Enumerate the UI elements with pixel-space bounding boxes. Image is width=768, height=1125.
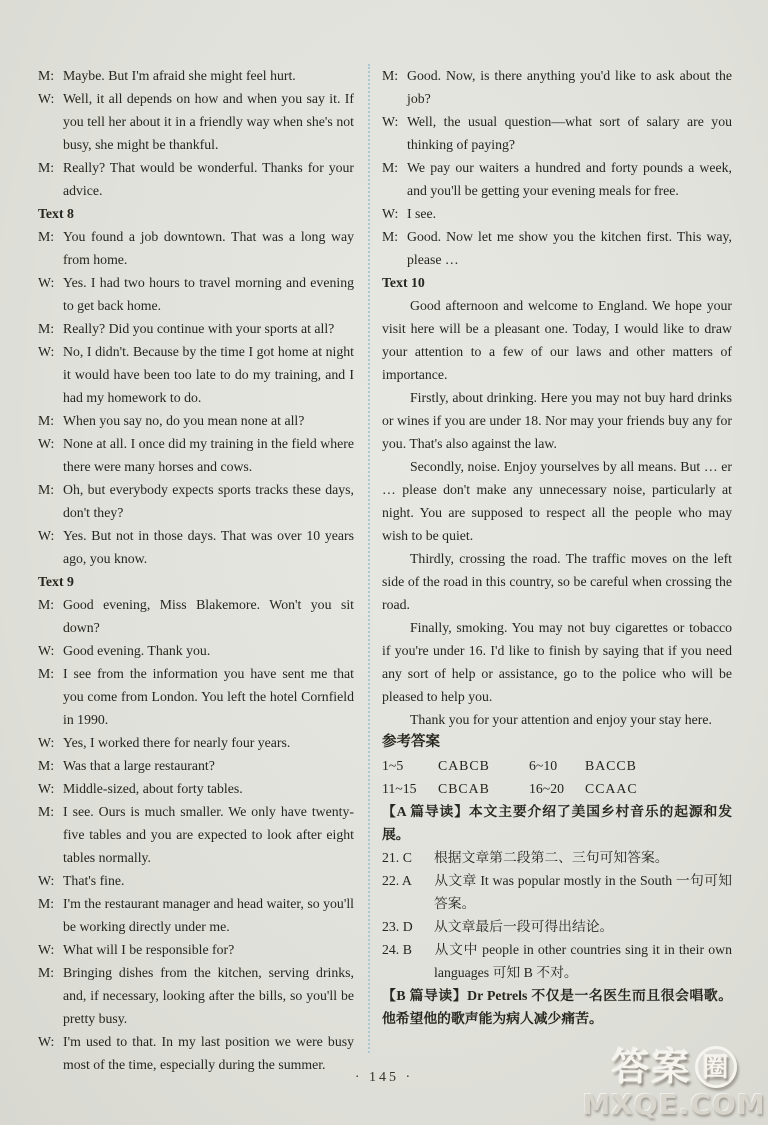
speaker-label: M: (38, 662, 63, 685)
speaker-label: M: (38, 225, 63, 248)
dialogue-line: W:Well, the usual question—what sort of … (382, 110, 732, 156)
answer-row: 11~15CBCAB16~20CCAAC (382, 777, 732, 800)
dialogue-text: Good. Now, is there anything you'd like … (407, 68, 732, 106)
answer-explanation: 从文章最后一段可得出结论。 (434, 919, 613, 934)
speaker-label: W: (38, 340, 63, 363)
speaker-label: M: (38, 317, 63, 340)
dialogue-text: Really? Did you continue with your sport… (63, 321, 334, 336)
dialogue-line: W:Middle-sized, about forty tables. (38, 777, 354, 800)
dialogue-text: Good evening, Miss Blakemore. Won't you … (63, 597, 354, 635)
dialogue-text: I'm the restaurant manager and head wait… (63, 896, 354, 934)
speaker-label: W: (38, 777, 63, 800)
right-column: M:Good. Now, is there anything you'd lik… (382, 64, 732, 1053)
dialogue-line: W:Yes. But not in those days. That was o… (38, 524, 354, 570)
answer-number: 24. B (382, 938, 434, 961)
speaker-label: M: (38, 892, 63, 915)
speaker-label: W: (38, 938, 63, 961)
dialogue-text: Good evening. Thank you. (63, 643, 210, 658)
passage-guide-note: 【A 篇导读】本文主要介绍了美国乡村音乐的起源和发展。 (382, 800, 732, 846)
passage-guide-note: 【B 篇导读】Dr Petrels 不仅是一名医生而且很会唱歌。他希望他的歌声能… (382, 984, 732, 1030)
answer-row: 1~5CABCB6~10BACCB (382, 754, 732, 777)
speaker-label: W: (38, 639, 63, 662)
speaker-label: M: (38, 754, 63, 777)
answer-item: 22. A从文章 It was popular mostly in the So… (382, 869, 732, 915)
dialogue-text: Well, the usual question—what sort of sa… (407, 114, 732, 152)
dialogue-line: W:That's fine. (38, 869, 354, 892)
dialogue-line: M:I see. Ours is much smaller. We only h… (38, 800, 354, 869)
dialogue-text: That's fine. (63, 873, 125, 888)
dialogue-line: M:Oh, but everybody expects sports track… (38, 478, 354, 524)
dialogue-text: When you say no, do you mean none at all… (63, 413, 304, 428)
watermark-circled-char: 圈 (695, 1046, 737, 1088)
dialogue-text: Middle-sized, about forty tables. (63, 781, 243, 796)
answer-number: 21. C (382, 846, 434, 869)
dialogue-text: Maybe. But I'm afraid she might feel hur… (63, 68, 296, 83)
answer-circle-logo: 答案圈 (582, 1046, 766, 1088)
dialogue-line: W:No, I didn't. Because by the time I go… (38, 340, 354, 409)
dialogue-line: M:Maybe. But I'm afraid she might feel h… (38, 64, 354, 87)
dialogue-line: M:Really? That would be wonderful. Thank… (38, 156, 354, 202)
dialogue-line: W:None at all. I once did my training in… (38, 432, 354, 478)
answer-range: 1~5 (382, 754, 438, 777)
transcript-paragraph: Good afternoon and welcome to England. W… (382, 294, 732, 386)
dialogue-line: W:I see. (382, 202, 732, 225)
answer-group: 6~10BACCB (529, 754, 637, 777)
dialogue-text: Really? That would be wonderful. Thanks … (63, 160, 354, 198)
dialogue-text: Yes. But not in those days. That was ove… (63, 528, 354, 566)
answer-letters: CABCB (438, 754, 490, 777)
dialogue-text: I see. (407, 206, 436, 221)
watermark-site-url: MXQE.COM (582, 1091, 766, 1119)
dialogue-text: We pay our waiters a hundred and forty p… (407, 160, 732, 198)
dialogue-line: M:I see from the information you have se… (38, 662, 354, 731)
dialogue-line: W:Yes. I had two hours to travel morning… (38, 271, 354, 317)
answer-item: 23. D从文章最后一段可得出结论。 (382, 915, 732, 938)
answer-explanation: 从文中 people in other countries sing it in… (434, 942, 732, 980)
dialogue-text: You found a job downtown. That was a lon… (63, 229, 354, 267)
watermark-logo-text: 答案 (611, 1048, 691, 1086)
transcript-paragraph: Thank you for your attention and enjoy y… (382, 708, 732, 731)
dialogue-line: W:What will I be responsible for? (38, 938, 354, 961)
speaker-label: W: (38, 869, 63, 892)
watermark: 答案圈 MXQE.COM (582, 1046, 766, 1119)
answer-range: 6~10 (529, 754, 585, 777)
answer-range: 11~15 (382, 777, 438, 800)
speaker-label: W: (38, 432, 63, 455)
speaker-label: M: (38, 64, 63, 87)
answer-group: 1~5CABCB (382, 754, 529, 777)
dialogue-line: M:I'm the restaurant manager and head wa… (38, 892, 354, 938)
dialogue-text: Oh, but everybody expects sports tracks … (63, 482, 354, 520)
dialogue-text: Good. Now let me show you the kitchen fi… (407, 229, 732, 267)
dialogue-line: M:You found a job downtown. That was a l… (38, 225, 354, 271)
dialogue-text: Bringing dishes from the kitchen, servin… (63, 965, 354, 1026)
dialogue-line: M:Bringing dishes from the kitchen, serv… (38, 961, 354, 1030)
scanned-textbook-page: M:Maybe. But I'm afraid she might feel h… (0, 0, 768, 1125)
two-column-layout: M:Maybe. But I'm afraid she might feel h… (38, 64, 732, 1053)
section-heading: Text 10 (382, 271, 732, 294)
section-heading: Text 9 (38, 570, 354, 593)
speaker-label: W: (38, 1030, 63, 1053)
dialogue-line: M:When you say no, do you mean none at a… (38, 409, 354, 432)
speaker-label: W: (38, 271, 63, 294)
transcript-paragraph: Finally, smoking. You may not buy cigare… (382, 616, 732, 708)
dialogue-text: I see from the information you have sent… (63, 666, 354, 727)
dialogue-line: M:Really? Did you continue with your spo… (38, 317, 354, 340)
speaker-label: W: (382, 110, 407, 133)
answer-letters: CBCAB (438, 777, 490, 800)
dialogue-line: M:Good evening, Miss Blakemore. Won't yo… (38, 593, 354, 639)
dialogue-text: Was that a large restaurant? (63, 758, 215, 773)
speaker-label: M: (382, 225, 407, 248)
speaker-label: M: (382, 64, 407, 87)
dialogue-text: Yes. I had two hours to travel morning a… (63, 275, 354, 313)
answer-group: 16~20CCAAC (529, 777, 638, 800)
answer-number: 22. A (382, 869, 434, 892)
speaker-label: M: (38, 478, 63, 501)
speaker-label: M: (38, 156, 63, 179)
dialogue-line: W:Good evening. Thank you. (38, 639, 354, 662)
speaker-label: M: (38, 961, 63, 984)
speaker-label: M: (38, 800, 63, 823)
dialogue-line: M:Was that a large restaurant? (38, 754, 354, 777)
answer-item: 24. B从文中 people in other countries sing … (382, 938, 732, 984)
dialogue-text: None at all. I once did my training in t… (63, 436, 354, 474)
speaker-label: W: (382, 202, 407, 225)
speaker-label: W: (38, 87, 63, 110)
speaker-label: M: (382, 156, 407, 179)
speaker-label: M: (38, 409, 63, 432)
answer-number: 23. D (382, 915, 434, 938)
dialogue-text: Yes, I worked there for nearly four year… (63, 735, 290, 750)
dialogue-line: W:Yes, I worked there for nearly four ye… (38, 731, 354, 754)
column-divider (368, 64, 370, 1053)
speaker-label: W: (38, 524, 63, 547)
answer-range: 16~20 (529, 777, 585, 800)
answer-group: 11~15CBCAB (382, 777, 529, 800)
section-heading: Text 8 (38, 202, 354, 225)
speaker-label: W: (38, 731, 63, 754)
dialogue-line: M:Good. Now, is there anything you'd lik… (382, 64, 732, 110)
dialogue-line: M:Good. Now let me show you the kitchen … (382, 225, 732, 271)
dialogue-text: I see. Ours is much smaller. We only hav… (63, 804, 354, 865)
answer-letters: BACCB (585, 754, 637, 777)
dialogue-text: No, I didn't. Because by the time I got … (63, 344, 354, 405)
transcript-paragraph: Thirdly, crossing the road. The traffic … (382, 547, 732, 616)
answer-item: 21. C根据文章第二段第二、三句可知答案。 (382, 846, 732, 869)
left-column: M:Maybe. But I'm afraid she might feel h… (38, 64, 354, 1053)
answer-letters: CCAAC (585, 777, 638, 800)
answer-explanation: 从文章 It was popular mostly in the South 一… (434, 873, 732, 911)
dialogue-text: Well, it all depends on how and when you… (63, 91, 354, 152)
speaker-label: M: (38, 593, 63, 616)
answer-explanation: 根据文章第二段第二、三句可知答案。 (434, 850, 669, 865)
dialogue-line: W:Well, it all depends on how and when y… (38, 87, 354, 156)
transcript-paragraph: Firstly, about drinking. Here you may no… (382, 386, 732, 455)
answers-heading: 参考答案 (382, 731, 732, 754)
transcript-paragraph: Secondly, noise. Enjoy yourselves by all… (382, 455, 732, 547)
dialogue-line: M:We pay our waiters a hundred and forty… (382, 156, 732, 202)
dialogue-text: What will I be responsible for? (63, 942, 234, 957)
